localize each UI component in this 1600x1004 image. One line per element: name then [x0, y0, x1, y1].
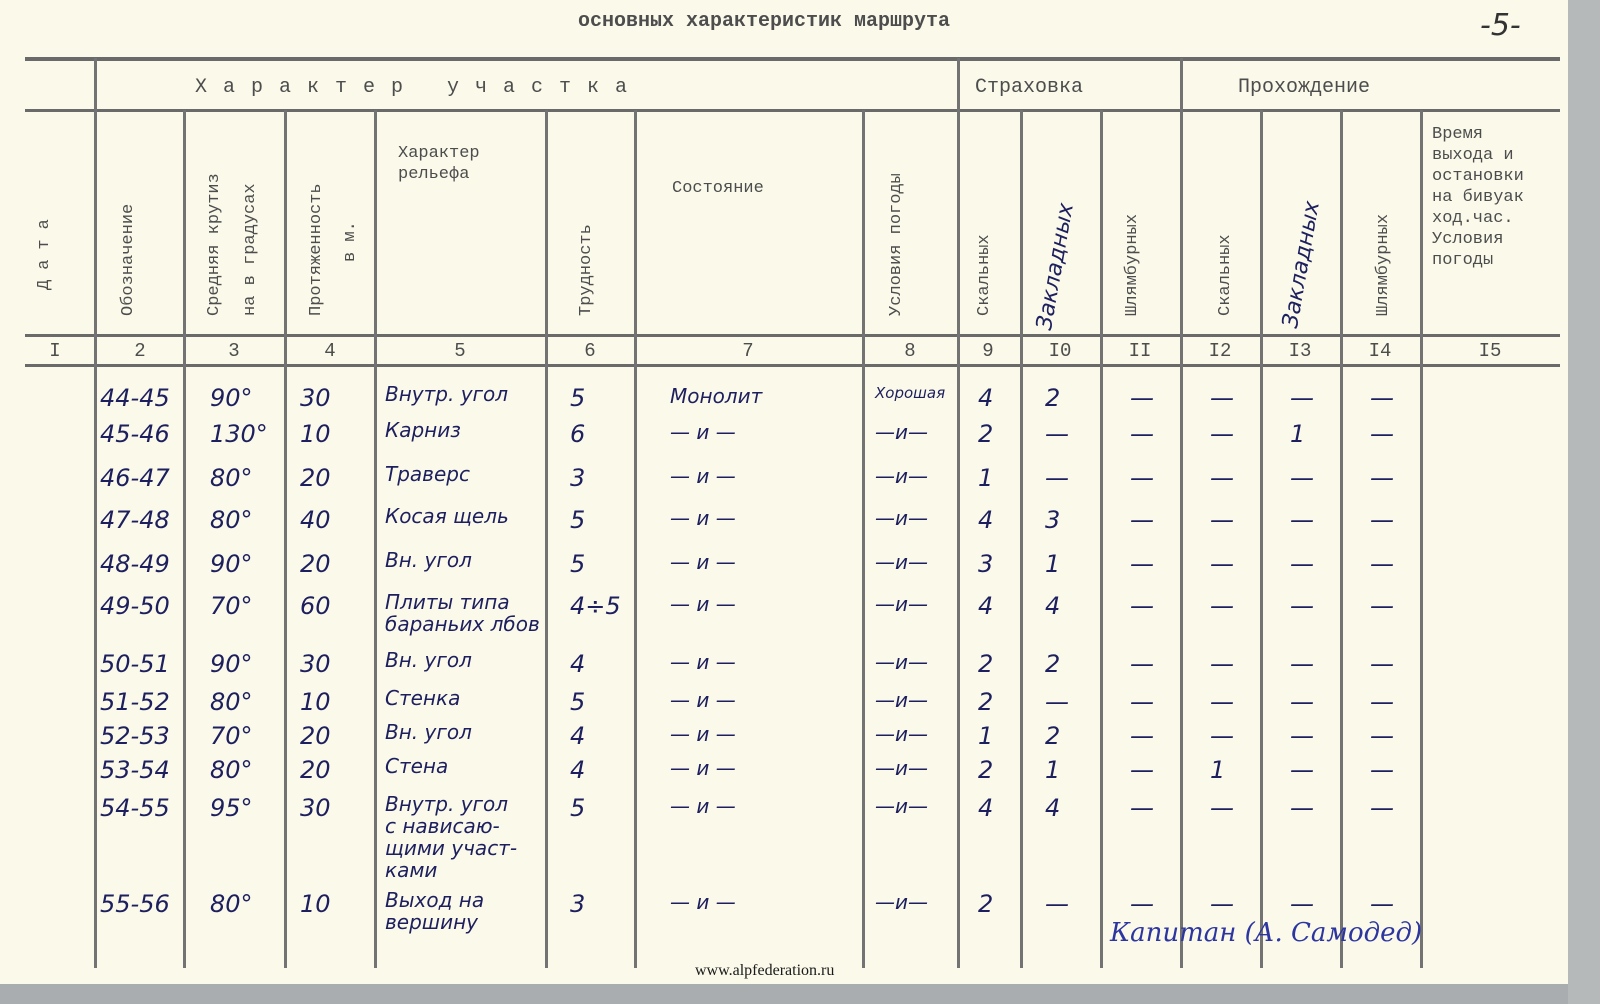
col-divider [183, 110, 186, 968]
cell-weather: —и— [875, 550, 928, 574]
column-number: I2 [1190, 340, 1250, 362]
cell-difficulty: 5 [570, 688, 585, 716]
cell-belay-bolts: — [1130, 688, 1154, 716]
cell-weather: Хорошая [875, 384, 945, 402]
column-number: 3 [204, 340, 264, 362]
cell-passage-bolts: — [1370, 722, 1394, 750]
header-passage-bolts: Шлямбурных [1373, 214, 1395, 316]
cell-belay-nuts: 1 [1045, 550, 1060, 578]
cell-steepness: 80° [210, 890, 253, 918]
cell-belay-nuts: 3 [1045, 506, 1060, 534]
column-number: I4 [1350, 340, 1410, 362]
cell-passage-nuts: — [1290, 650, 1314, 678]
cell-relief: вершину [385, 910, 478, 934]
cell-weather: —и— [875, 794, 928, 818]
cell-belay-bolts: — [1130, 550, 1154, 578]
cell-length: 60 [300, 592, 331, 620]
cell-steepness: 130° [210, 420, 268, 448]
cell-segment-id: 53-54 [100, 756, 170, 784]
document-page: основных характеристик маршрута -5- Хара… [0, 0, 1568, 984]
cell-segment-id: 52-53 [100, 722, 170, 750]
cell-difficulty: 4 [570, 722, 585, 750]
cell-passage-rock: — [1210, 794, 1234, 822]
header-relief-line: Характер [398, 143, 480, 164]
cell-belay-bolts: — [1130, 756, 1154, 784]
cell-steepness: 70° [210, 592, 253, 620]
column-number: 5 [430, 340, 490, 362]
cell-steepness: 90° [210, 650, 253, 678]
cell-belay-rock: 2 [978, 650, 993, 678]
cell-length: 40 [300, 506, 331, 534]
cell-belay-nuts: 4 [1045, 592, 1060, 620]
cell-segment-id: 54-55 [100, 794, 170, 822]
col-divider [1420, 110, 1423, 968]
cell-relief: Косая щель [385, 504, 509, 528]
cell-passage-nuts: 1 [1290, 420, 1305, 448]
cell-belay-bolts: — [1130, 384, 1154, 412]
cell-belay-nuts: 2 [1045, 384, 1060, 412]
column-number: I5 [1460, 340, 1520, 362]
header-passage-nuts: Закладных [1280, 200, 1324, 330]
cell-passage-rock: — [1210, 890, 1234, 918]
cell-passage-nuts: — [1290, 688, 1314, 716]
cell-length: 10 [300, 420, 331, 448]
header-time-line: остановки [1432, 166, 1524, 187]
col-divider [634, 110, 637, 968]
cell-passage-nuts: — [1290, 384, 1314, 412]
header-date: Дата [34, 209, 56, 290]
cell-relief: Вн. угол [385, 548, 472, 572]
cell-weather: —и— [875, 650, 928, 674]
cell-difficulty: 5 [570, 384, 585, 412]
cell-steepness: 90° [210, 384, 253, 412]
col-divider [957, 58, 960, 968]
cell-segment-id: 55-56 [100, 890, 170, 918]
cell-length: 30 [300, 650, 331, 678]
header-time-line: Время [1432, 124, 1524, 145]
cell-passage-rock: — [1210, 506, 1234, 534]
cell-segment-id: 51-52 [100, 688, 170, 716]
cell-state: — и — [670, 756, 736, 780]
cell-passage-rock: — [1210, 592, 1234, 620]
cell-belay-rock: 4 [978, 592, 993, 620]
col-divider [1260, 110, 1263, 968]
cell-weather: —и— [875, 722, 928, 746]
cell-belay-bolts: — [1130, 506, 1154, 534]
column-number: 2 [110, 340, 170, 362]
cell-passage-bolts: — [1370, 506, 1394, 534]
header-time-line: Условия [1432, 229, 1524, 250]
column-number: 9 [958, 340, 1018, 362]
cell-length: 20 [300, 464, 331, 492]
page-shadow [0, 984, 1600, 1004]
cell-passage-nuts: — [1290, 794, 1314, 822]
header-length-2: в м. [340, 221, 362, 262]
cell-passage-bolts: — [1370, 550, 1394, 578]
cell-state: — и — [670, 794, 736, 818]
cell-belay-nuts: — [1045, 890, 1069, 918]
table-top-rule [25, 57, 1560, 61]
cell-relief: Выход на [385, 888, 484, 912]
cell-belay-rock: 2 [978, 890, 993, 918]
header-weather: Условия погоды [886, 173, 908, 316]
cell-difficulty: 3 [570, 890, 585, 918]
cell-relief: Траверс [385, 462, 470, 486]
cell-state: — и — [670, 722, 736, 746]
cell-length: 10 [300, 890, 331, 918]
cell-belay-nuts: — [1045, 688, 1069, 716]
cell-weather: —и— [875, 688, 928, 712]
cell-state: Монолит [670, 384, 762, 408]
header-belay-rock: Скальных [974, 234, 996, 316]
cell-passage-rock: 1 [1210, 756, 1225, 784]
header-steepness-1: Средняя крутиз [204, 173, 226, 316]
cell-passage-bolts: — [1370, 592, 1394, 620]
cell-relief: Вн. угол [385, 720, 472, 744]
column-number: I3 [1270, 340, 1330, 362]
column-number-rule [25, 364, 1560, 367]
watermark: www.alpfederation.ru [695, 962, 834, 980]
col-divider [284, 110, 287, 968]
cell-belay-rock: 1 [978, 464, 993, 492]
cell-belay-nuts: 2 [1045, 722, 1060, 750]
cell-belay-bolts: — [1130, 464, 1154, 492]
cell-weather: —и— [875, 890, 928, 914]
cell-length: 20 [300, 550, 331, 578]
cell-passage-rock: — [1210, 420, 1234, 448]
cell-segment-id: 48-49 [100, 550, 170, 578]
cell-passage-rock: — [1210, 384, 1234, 412]
column-number: I [25, 340, 85, 362]
cell-state: — и — [670, 550, 736, 574]
cell-relief: Внутр. угол [385, 792, 508, 816]
cell-passage-nuts: — [1290, 506, 1314, 534]
cell-passage-nuts: — [1290, 756, 1314, 784]
document-title: основных характеристик маршрута [578, 10, 950, 33]
cell-length: 20 [300, 722, 331, 750]
cell-difficulty: 3 [570, 464, 585, 492]
cell-passage-rock: — [1210, 464, 1234, 492]
header-belay-nuts: Закладных [1034, 202, 1078, 332]
cell-steepness: 80° [210, 756, 253, 784]
column-number: I0 [1030, 340, 1090, 362]
cell-belay-rock: 2 [978, 756, 993, 784]
cell-segment-id: 47-48 [100, 506, 170, 534]
cell-relief: Стена [385, 754, 448, 778]
header-designation: Обозначение [118, 204, 140, 316]
group-header-section: Характер участка [195, 76, 643, 99]
cell-passage-bolts: — [1370, 688, 1394, 716]
header-difficulty: Трудность [576, 224, 598, 316]
header-relief: Характер рельефа [398, 143, 480, 185]
cell-passage-rock: — [1210, 650, 1234, 678]
cell-steepness: 80° [210, 688, 253, 716]
cell-passage-nuts: — [1290, 550, 1314, 578]
cell-belay-rock: 2 [978, 420, 993, 448]
cell-difficulty: 5 [570, 794, 585, 822]
cell-belay-bolts: — [1130, 890, 1154, 918]
column-number: II [1110, 340, 1170, 362]
cell-belay-bolts: — [1130, 722, 1154, 750]
cell-passage-bolts: — [1370, 650, 1394, 678]
cell-passage-bolts: — [1370, 756, 1394, 784]
group-header-belay: Страховка [975, 76, 1083, 99]
cell-belay-bolts: — [1130, 794, 1154, 822]
cell-steepness: 70° [210, 722, 253, 750]
header-passage-rock: Скальных [1215, 234, 1237, 316]
cell-weather: —и— [875, 420, 928, 444]
cell-difficulty: 4 [570, 756, 585, 784]
group-header-passage: Прохождение [1238, 76, 1370, 99]
cell-weather: —и— [875, 506, 928, 530]
cell-passage-bolts: — [1370, 384, 1394, 412]
cell-belay-rock: 3 [978, 550, 993, 578]
cell-difficulty: 4 [570, 650, 585, 678]
cell-relief: Карниз [385, 418, 461, 442]
col-divider [862, 110, 865, 968]
cell-belay-bolts: — [1130, 650, 1154, 678]
cell-segment-id: 44-45 [100, 384, 170, 412]
cell-passage-rock: — [1210, 688, 1234, 716]
header-steepness-2: на в градусах [240, 183, 262, 316]
column-number: 4 [300, 340, 360, 362]
cell-belay-rock: 2 [978, 688, 993, 716]
cell-state: — и — [670, 464, 736, 488]
cell-relief: ками [385, 858, 437, 882]
cell-difficulty: 6 [570, 420, 585, 448]
col-divider [1340, 110, 1343, 968]
cell-belay-rock: 4 [978, 506, 993, 534]
cell-length: 20 [300, 756, 331, 784]
cell-relief: щими участ- [385, 836, 517, 860]
cell-steepness: 90° [210, 550, 253, 578]
header-relief-line: рельефа [398, 164, 480, 185]
cell-belay-rock: 4 [978, 794, 993, 822]
cell-relief: Стенка [385, 686, 460, 710]
col-divider [1180, 58, 1183, 968]
cell-difficulty: 5 [570, 550, 585, 578]
cell-steepness: 80° [210, 506, 253, 534]
cell-difficulty: 5 [570, 506, 585, 534]
cell-state: — и — [670, 506, 736, 530]
cell-relief: Внутр. угол [385, 382, 508, 406]
cell-belay-bolts: — [1130, 592, 1154, 620]
cell-state: — и — [670, 650, 736, 674]
cell-length: 30 [300, 384, 331, 412]
header-time: Время выхода и остановки на бивуак ход.ч… [1432, 124, 1524, 271]
col-divider [545, 110, 548, 968]
cell-weather: —и— [875, 592, 928, 616]
cell-passage-bolts: — [1370, 420, 1394, 448]
cell-segment-id: 45-46 [100, 420, 170, 448]
cell-state: — и — [670, 688, 736, 712]
cell-belay-nuts: 4 [1045, 794, 1060, 822]
cell-belay-rock: 1 [978, 722, 993, 750]
cell-passage-rock: — [1210, 550, 1234, 578]
col-divider [1100, 110, 1103, 968]
cell-belay-nuts: 2 [1045, 650, 1060, 678]
cell-steepness: 95° [210, 794, 253, 822]
cell-length: 10 [300, 688, 331, 716]
cell-steepness: 80° [210, 464, 253, 492]
cell-state: — и — [670, 890, 736, 914]
cell-weather: —и— [875, 464, 928, 488]
cell-relief: Вн. угол [385, 648, 472, 672]
col-divider [374, 110, 377, 968]
page-edge [1568, 0, 1600, 1004]
col-divider [1020, 110, 1023, 968]
cell-segment-id: 50-51 [100, 650, 170, 678]
cell-passage-bolts: — [1370, 464, 1394, 492]
header-time-line: погоды [1432, 250, 1524, 271]
column-number: 8 [880, 340, 940, 362]
cell-state: — и — [670, 592, 736, 616]
cell-state: — и — [670, 420, 736, 444]
cell-relief: бараньих лбов [385, 612, 540, 636]
cell-belay-bolts: — [1130, 420, 1154, 448]
cell-passage-bolts: — [1370, 890, 1394, 918]
cell-length: 30 [300, 794, 331, 822]
captain-signature: Капитан (А. Самодед) [1110, 918, 1422, 948]
cell-belay-nuts: — [1045, 420, 1069, 448]
column-number: 6 [560, 340, 620, 362]
header-length-1: Протяженность [306, 183, 328, 316]
cell-difficulty: 4÷5 [570, 592, 621, 620]
cell-passage-rock: — [1210, 722, 1234, 750]
header-time-line: ход.час. [1432, 208, 1524, 229]
cell-belay-nuts: — [1045, 464, 1069, 492]
cell-belay-rock: 4 [978, 384, 993, 412]
group-header-rule [25, 109, 1560, 112]
cell-belay-nuts: 1 [1045, 756, 1060, 784]
cell-passage-bolts: — [1370, 794, 1394, 822]
cell-passage-nuts: — [1290, 722, 1314, 750]
header-bottom-rule [25, 334, 1560, 337]
col-divider [94, 58, 97, 968]
cell-segment-id: 46-47 [100, 464, 170, 492]
header-belay-bolts: Шлямбурных [1122, 214, 1144, 316]
header-time-line: выхода и [1432, 145, 1524, 166]
column-number: 7 [718, 340, 778, 362]
header-state: Состояние [672, 178, 764, 199]
page-number: -5- [1480, 8, 1521, 43]
cell-relief: с нависаю- [385, 814, 500, 838]
header-time-line: на бивуак [1432, 187, 1524, 208]
cell-relief: Плиты типа [385, 590, 510, 614]
cell-passage-nuts: — [1290, 464, 1314, 492]
cell-segment-id: 49-50 [100, 592, 170, 620]
cell-passage-nuts: — [1290, 592, 1314, 620]
cell-passage-nuts: — [1290, 890, 1314, 918]
cell-weather: —и— [875, 756, 928, 780]
